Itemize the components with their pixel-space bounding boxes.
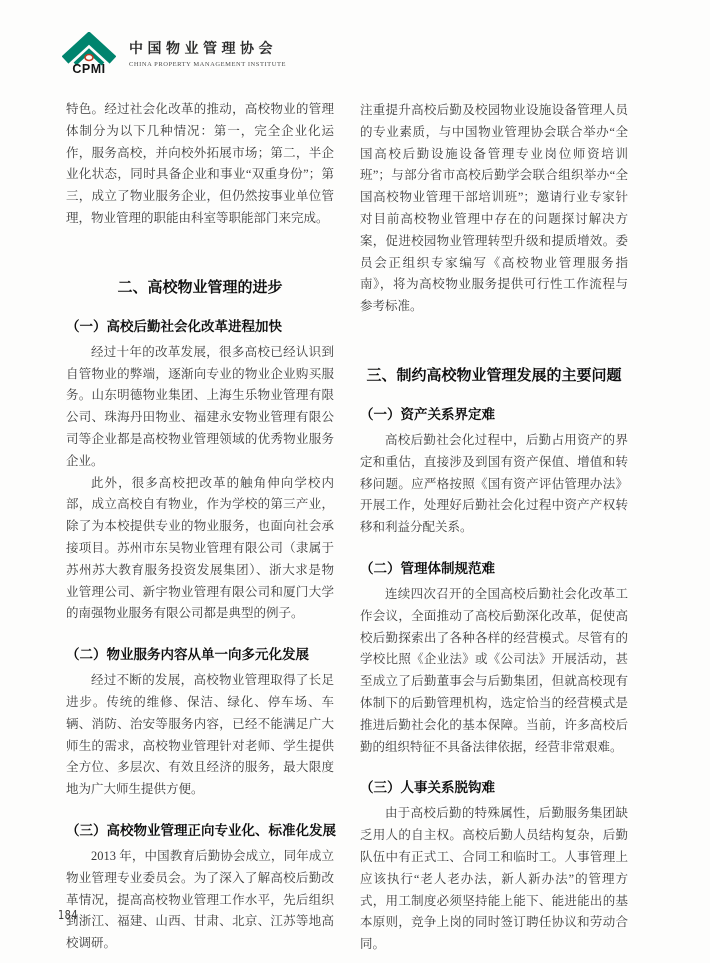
body-paragraph: 连续四次召开的全国高校后勤社会化改革工作会议，全面推动了高校后勤深化改革，促使高… bbox=[360, 584, 628, 758]
body-paragraph: 经过不断的发展，高校物业管理取得了长足进步。传统的维修、保洁、绿化、停车场、车辆… bbox=[66, 670, 334, 801]
body-paragraph: 高校后勤社会化过程中，后勤占用资产的界定和重估，直接涉及到国有资产保值、增值和转… bbox=[360, 430, 628, 539]
section-heading: 三、制约高校物业管理发展的主要问题 bbox=[360, 364, 628, 385]
subsection-heading: （三）高校物业管理正向专业化、标准化发展 bbox=[66, 819, 334, 839]
subsection-heading: （一）高校后勤社会化改革进程加快 bbox=[66, 315, 334, 335]
body-paragraph: 由于高校后勤的特殊属性，后勤服务集团缺乏用人的自主权。高校后勤人员结构复杂，后勤… bbox=[360, 803, 628, 956]
subsection-heading: （三）人事关系脱钩难 bbox=[360, 776, 628, 796]
subsection-heading: （二）物业服务内容从单一向多元化发展 bbox=[66, 643, 334, 663]
org-name-english: CHINA PROPERTY MANAGEMENT INSTITUTE bbox=[129, 61, 286, 68]
org-names: 中国物业管理协会 CHINA PROPERTY MANAGEMENT INSTI… bbox=[129, 32, 286, 68]
body-paragraph: 此外，很多高校把改革的触角伸向学校内部，成立高校自有物业，作为学校的第三产业，除… bbox=[66, 473, 334, 626]
cpmi-logo-icon: CPMI bbox=[62, 32, 116, 76]
org-name-chinese: 中国物业管理协会 bbox=[129, 38, 286, 58]
body-paragraph: 经过十年的改革发展，很多高校已经认识到自管物业的弊端，逐渐向专业的物业企业购买服… bbox=[66, 342, 334, 473]
subsection-heading: （二）管理体制规范难 bbox=[360, 557, 628, 577]
body-paragraph: 2013 年，中国教育后勤协会成立，同年成立物业管理专业委员会。为了深入了解高校… bbox=[66, 846, 334, 955]
body-paragraph: 注重提升高校后勤及校园物业设施设备管理人员的专业素质，与中国物业管理协会联合举办… bbox=[360, 100, 628, 318]
subsection-heading: （一）资产关系界定难 bbox=[360, 403, 628, 423]
body-paragraph: 特色。经过社会化改革的推动，高校物业的管理体制分为以下几种情况：第一，完全企业化… bbox=[66, 99, 334, 230]
logo-red-seal bbox=[85, 55, 93, 61]
section-heading: 二、高校物业管理的进步 bbox=[66, 276, 334, 297]
document-page: CPMI 中国物业管理协会 CHINA PROPERTY MANAGEMENT … bbox=[0, 0, 710, 963]
left-column: 特色。经过社会化改革的推动，高校物业的管理体制分为以下几种情况：第一，完全企业化… bbox=[66, 99, 334, 955]
right-column: 注重提升高校后勤及校园物业设施设备管理人员的专业素质，与中国物业管理协会联合举办… bbox=[360, 100, 628, 956]
page-header: CPMI 中国物业管理协会 CHINA PROPERTY MANAGEMENT … bbox=[62, 32, 286, 76]
page-number: 184 bbox=[58, 908, 78, 922]
logo-abbr-text: CPMI bbox=[72, 62, 105, 76]
